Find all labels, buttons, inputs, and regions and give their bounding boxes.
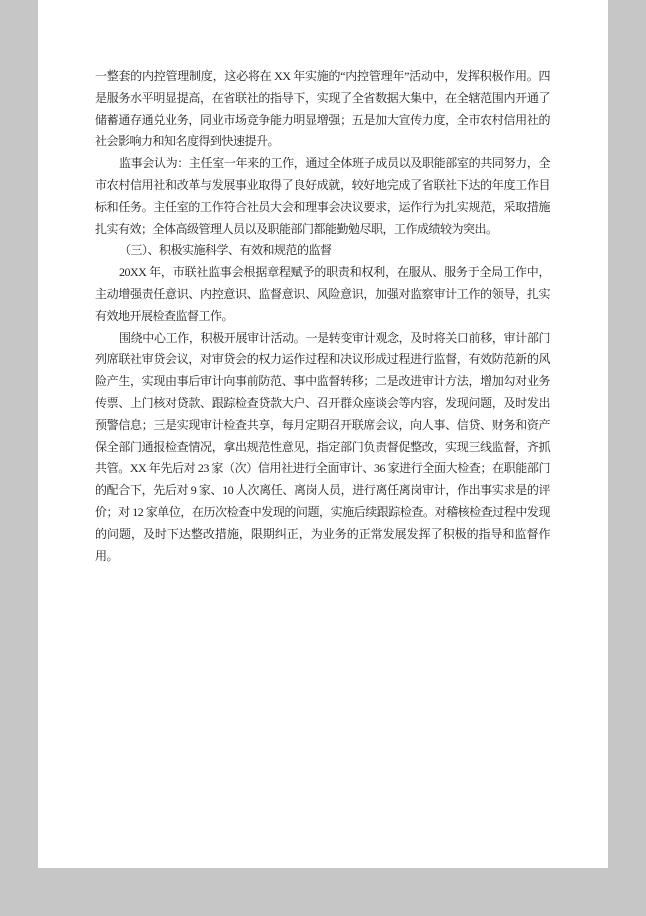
paragraph-internal-control-continuation: 一整套的内控管理制度，这必将在 XX 年实施的“内控管理年”活动中，发挥积极作用… [95, 66, 550, 153]
paragraph-supervision-overview: 20XX 年，市联社监事会根据章程赋予的职责和权利，在服从、服务于全局工作中，主… [95, 262, 550, 327]
paragraph-audit-activities: 围绕中心工作，积极开展审计活动。一是转变审计观念，及时将关口前移，审计部门列席联… [95, 328, 550, 568]
paragraph-supervisory-board-opinion: 监事会认为：主任室一年来的工作，通过全体班子成员以及职能部室的共同努力，全市农村… [95, 153, 550, 240]
document-body: 一整套的内控管理制度，这必将在 XX 年实施的“内控管理年”活动中，发挥积极作用… [38, 0, 608, 567]
document-canvas: 一整套的内控管理制度，这必将在 XX 年实施的“内控管理年”活动中，发挥积极作用… [0, 0, 646, 916]
heading-section-three: （三）、积极实施科学、有效和规范的监督 [95, 240, 550, 262]
document-page: 一整套的内控管理制度，这必将在 XX 年实施的“内控管理年”活动中，发挥积极作用… [38, 0, 608, 868]
